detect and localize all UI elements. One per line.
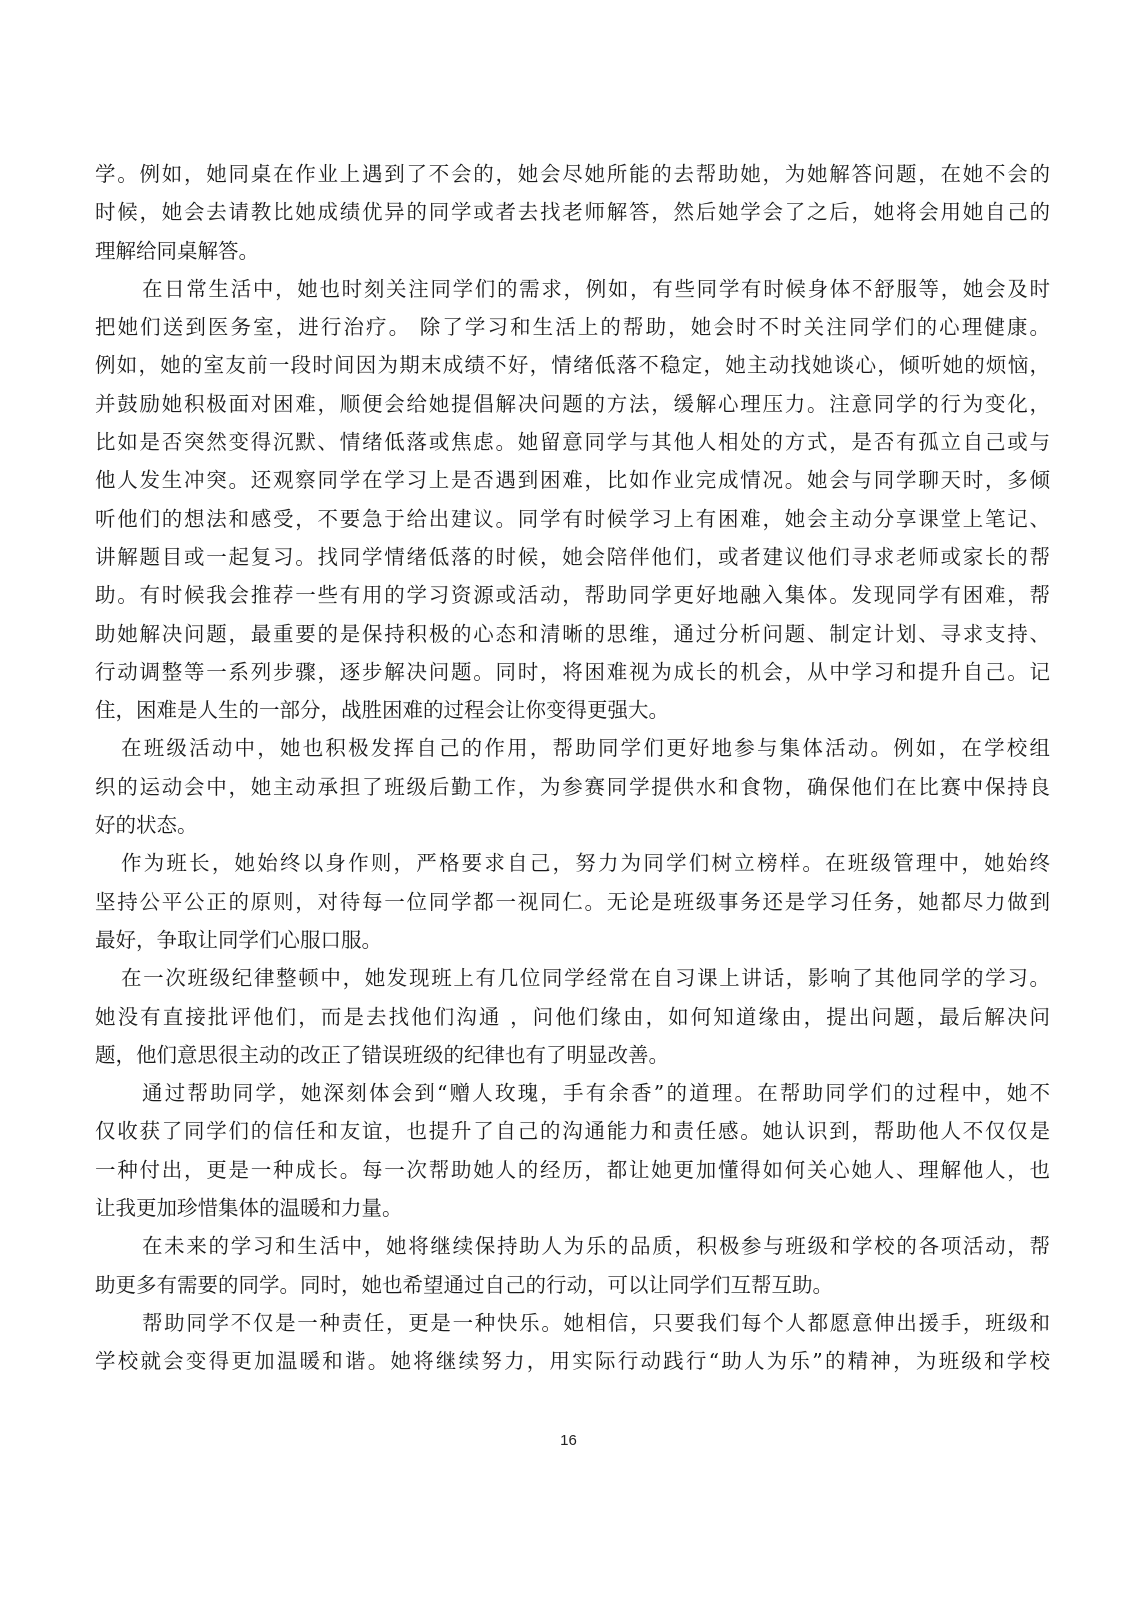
text-line: 助。有时候我会推荐一些有用的学习资源或活动，帮助同学更好地融入集体。发现同学有困… [95, 576, 1050, 614]
text-line: 好的状态。 [95, 806, 1050, 844]
paragraph: 在一次班级纪律整顿中，她发现班上有几位同学经常在自习课上讲话，影响了其他同学的学… [95, 959, 1050, 1074]
text-line: 助她解决问题，最重要的是保持积极的心态和清晰的思维，通过分析问题、制定计划、寻求… [95, 615, 1050, 653]
text-line: 作为班长，她始终以身作则，严格要求自己，努力为同学们树立榜样。在班级管理中，她始… [95, 844, 1050, 882]
text-line: 题，他们意思很主动的改正了错误班级的纪律也有了明显改善。 [95, 1036, 1050, 1074]
text-line: 仅收获了同学们的信任和友谊，也提升了自己的沟通能力和责任感。她认识到，帮助他人不… [95, 1112, 1050, 1150]
text-line: 一种付出，更是一种成长。每一次帮助她人的经历，都让她更加懂得如何关心她人、理解他… [95, 1151, 1050, 1189]
text-line: 他人发生冲突。还观察同学在学习上是否遇到困难，比如作业完成情况。她会与同学聊天时… [95, 461, 1050, 499]
text-line: 理解给同桌解答。 [95, 232, 1050, 270]
text-line: 通过帮助同学，她深刻体会到“赠人玫瑰，手有余香”的道理。在帮助同学们的过程中，她… [95, 1074, 1050, 1112]
body-text: 学。例如，她同桌在作业上遇到了不会的，她会尽她所能的去帮助她，为她解答问题，在她… [95, 155, 1050, 1381]
paragraph: 通过帮助同学，她深刻体会到“赠人玫瑰，手有余香”的道理。在帮助同学们的过程中，她… [95, 1074, 1050, 1227]
text-line: 把她们送到医务室，进行治疗。 除了学习和生活上的帮助，她会时不时关注同学们的心理… [95, 308, 1050, 346]
paragraph: 学。例如，她同桌在作业上遇到了不会的，她会尽她所能的去帮助她，为她解答问题，在她… [95, 155, 1050, 270]
paragraph: 在日常生活中，她也时刻关注同学们的需求，例如，有些同学有时候身体不舒服等，她会及… [95, 270, 1050, 730]
text-line: 学校就会变得更加温暖和谐。她将继续努力，用实际行动践行“助人为乐”的精神，为班级… [95, 1342, 1050, 1380]
text-line: 帮助同学不仅是一种责任，更是一种快乐。她相信，只要我们每个人都愿意伸出援手，班级… [95, 1304, 1050, 1342]
page-number: 16 [0, 1432, 1131, 1449]
text-line: 在班级活动中，她也积极发挥自己的作用，帮助同学们更好地参与集体活动。例如，在学校… [95, 729, 1050, 767]
text-line: 例如，她的室友前一段时间因为期末成绩不好，情绪低落不稳定，她主动找她谈心，倾听她… [95, 346, 1050, 384]
text-line: 学。例如，她同桌在作业上遇到了不会的，她会尽她所能的去帮助她，为她解答问题，在她… [95, 155, 1050, 193]
paragraph: 作为班长，她始终以身作则，严格要求自己，努力为同学们树立榜样。在班级管理中，她始… [95, 844, 1050, 959]
text-line: 织的运动会中，她主动承担了班级后勤工作，为参赛同学提供水和食物，确保他们在比赛中… [95, 768, 1050, 806]
text-line: 时候，她会去请教比她成绩优异的同学或者去找老师解答，然后她学会了之后，她将会用她… [95, 193, 1050, 231]
paragraph: 在班级活动中，她也积极发挥自己的作用，帮助同学们更好地参与集体活动。例如，在学校… [95, 729, 1050, 844]
text-line: 在一次班级纪律整顿中，她发现班上有几位同学经常在自习课上讲话，影响了其他同学的学… [95, 959, 1050, 997]
text-line: 讲解题目或一起复习。找同学情绪低落的时候，她会陪伴他们，或者建议他们寻求老师或家… [95, 538, 1050, 576]
text-line: 最好，争取让同学们心服口服。 [95, 921, 1050, 959]
text-line: 助更多有需要的同学。同时，她也希望通过自己的行动，可以让同学们互帮互助。 [95, 1266, 1050, 1304]
text-line: 行动调整等一系列步骤，逐步解决问题。同时，将困难视为成长的机会，从中学习和提升自… [95, 653, 1050, 691]
text-line: 住，困难是人生的一部分，战胜困难的过程会让你变得更强大。 [95, 691, 1050, 729]
document-page: 学。例如，她同桌在作业上遇到了不会的，她会尽她所能的去帮助她，为她解答问题，在她… [0, 0, 1131, 1600]
paragraph: 在未来的学习和生活中，她将继续保持助人为乐的品质，积极参与班级和学校的各项活动，… [95, 1227, 1050, 1304]
text-line: 在日常生活中，她也时刻关注同学们的需求，例如，有些同学有时候身体不舒服等，她会及… [95, 270, 1050, 308]
text-line: 比如是否突然变得沉默、情绪低落或焦虑。她留意同学与其他人相处的方式，是否有孤立自… [95, 423, 1050, 461]
text-line: 听他们的想法和感受，不要急于给出建议。同学有时候学习上有困难，她会主动分享课堂上… [95, 500, 1050, 538]
paragraph: 帮助同学不仅是一种责任，更是一种快乐。她相信，只要我们每个人都愿意伸出援手，班级… [95, 1304, 1050, 1381]
text-line: 在未来的学习和生活中，她将继续保持助人为乐的品质，积极参与班级和学校的各项活动，… [95, 1227, 1050, 1265]
text-line: 让我更加珍惜集体的温暖和力量。 [95, 1189, 1050, 1227]
text-line: 她没有直接批评他们，而是去找他们沟通 ，问他们缘由，如何知道缘由，提出问题，最后… [95, 998, 1050, 1036]
text-line: 并鼓励她积极面对困难，顺便会给她提倡解决问题的方法，缓解心理压力。注意同学的行为… [95, 385, 1050, 423]
text-line: 坚持公平公正的原则，对待每一位同学都一视同仁。无论是班级事务还是学习任务，她都尽… [95, 883, 1050, 921]
